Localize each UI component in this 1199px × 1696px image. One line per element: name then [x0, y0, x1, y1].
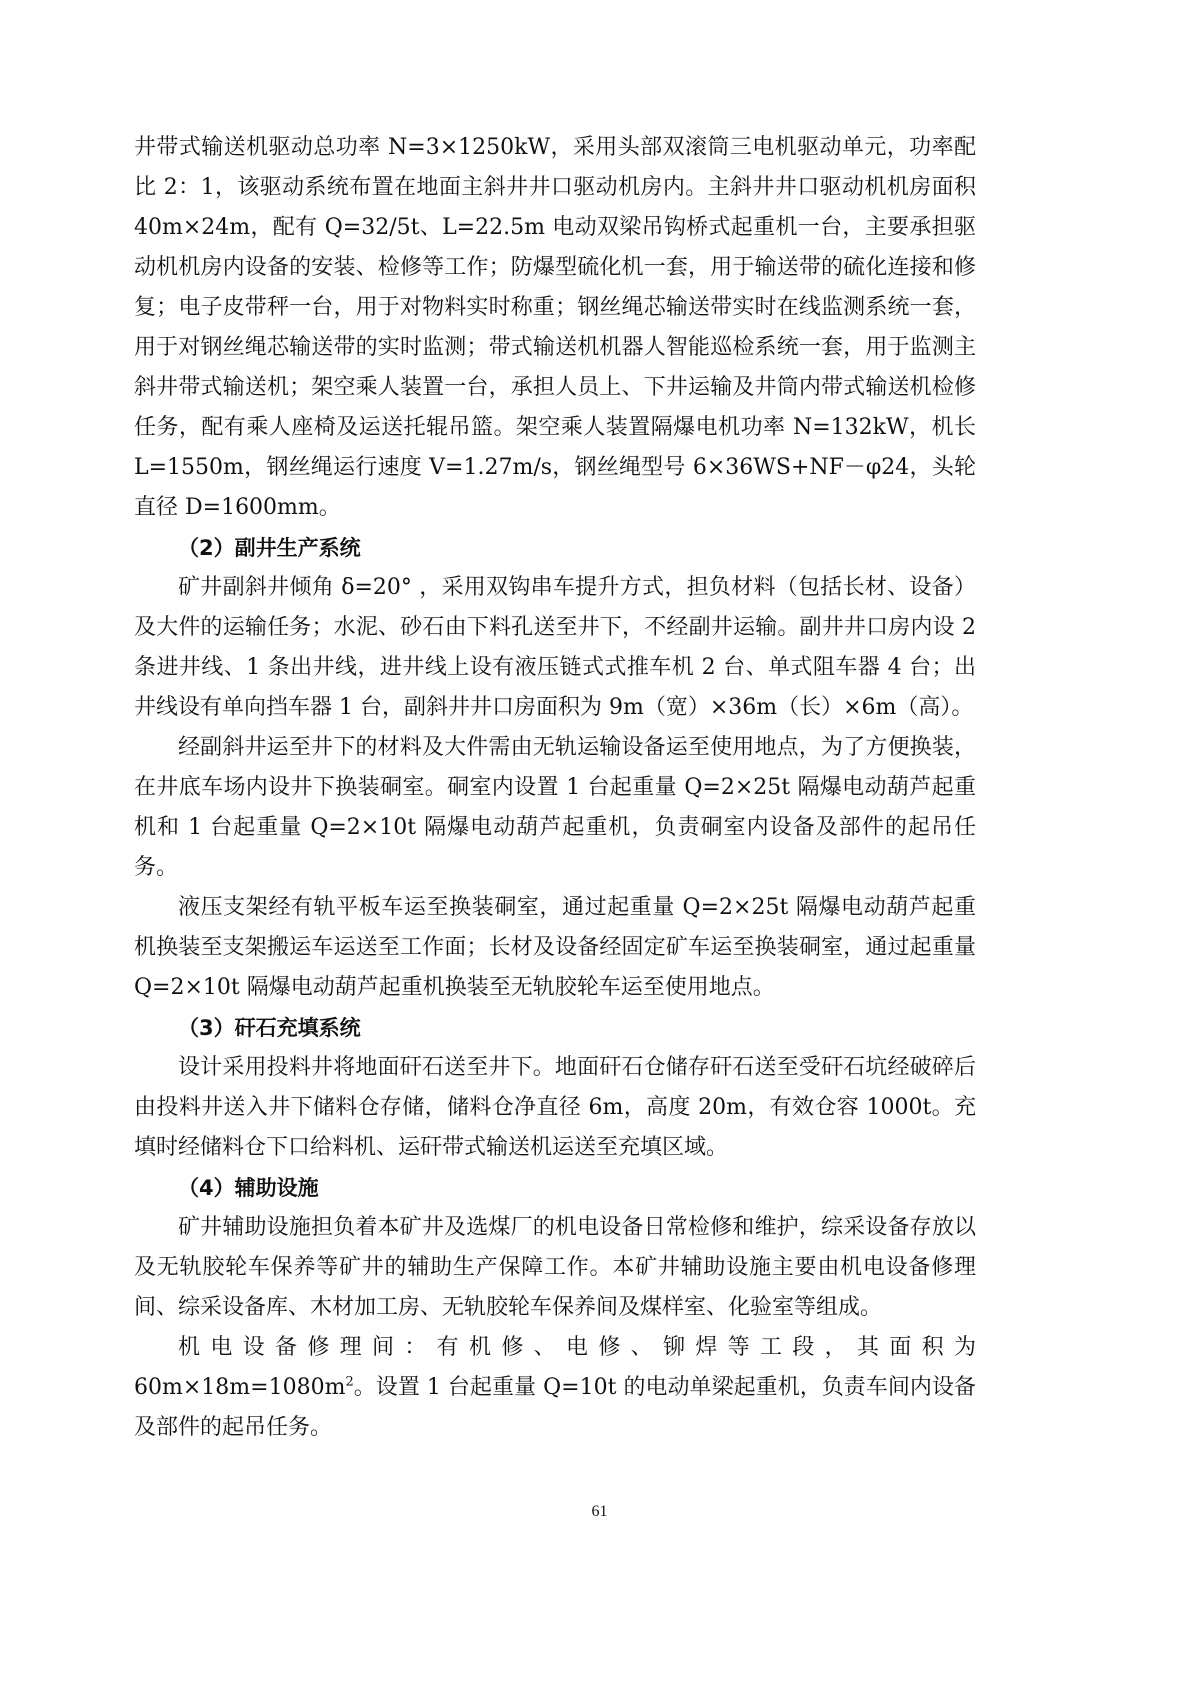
page-number: 61: [0, 1503, 1199, 1521]
superscript-squared: 2: [345, 1375, 353, 1390]
paragraph-hydraulic-support-transport: 液压支架经有轨平板车运至换装硐室，通过起重量 Q=2×25t 隔爆电动葫芦起重机…: [134, 888, 976, 1008]
document-page: 井带式输送机驱动总功率 N=3×1250kW，采用头部双滚筒三电机驱动单元，功率…: [134, 128, 976, 1448]
paragraph-gangue-filling: 设计采用投料井将地面矸石送至井下。地面矸石仓储存矸石送至受矸石坑经破碎后由投料井…: [134, 1048, 976, 1168]
paragraph-transfer-chamber: 经副斜井运至井下的材料及大件需由无轨运输设备运至使用地点，为了方便换装，在井底车…: [134, 728, 976, 888]
paragraph-main-incline-drive: 井带式输送机驱动总功率 N=3×1250kW，采用头部双滚筒三电机驱动单元，功率…: [134, 128, 976, 528]
heading-gangue-filling-system: （3）矸石充填系统: [134, 1008, 976, 1048]
paragraph-repair-workshop: 机电设备修理间：有机修、电修、铆焊等工段，其面积为 60m×18m=1080m2…: [134, 1328, 976, 1448]
paragraph-auxiliary-shaft-hoisting: 矿井副斜井倾角 δ=20° ，采用双钩串车提升方式，担负材料（包括长材、设备）及…: [134, 568, 976, 728]
heading-auxiliary-facilities: （4）辅助设施: [134, 1168, 976, 1208]
paragraph-auxiliary-facilities: 矿井辅助设施担负着本矿井及选煤厂的机电设备日常检修和维护，综采设备存放以及无轨胶…: [134, 1208, 976, 1328]
heading-auxiliary-shaft-system: （2）副井生产系统: [134, 528, 976, 568]
